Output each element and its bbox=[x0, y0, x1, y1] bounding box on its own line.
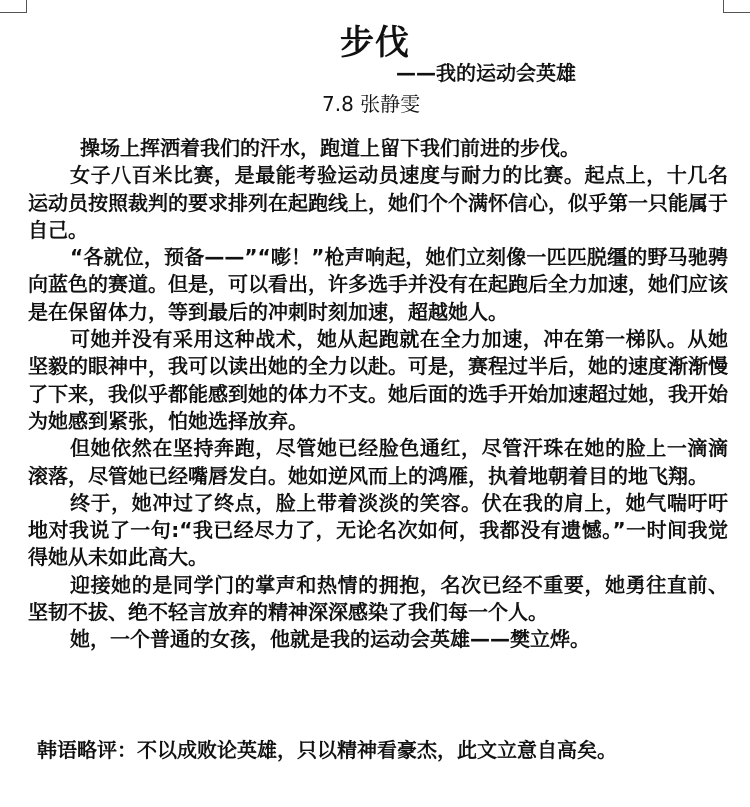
paragraph: 但她依然在坚持奔跑，尽管她已经脸色通红，尽管汗珠在她的脸上一滴滴滚落，尽管她已经… bbox=[28, 435, 728, 490]
page-corner-mark-top-right bbox=[723, 0, 750, 13]
paragraph: 可她并没有采用这种战术，她从起跑就在全力加速，冲在第一梯队。从她坚毅的眼神中，我… bbox=[28, 326, 728, 435]
paragraph: 操场上挥洒着我们的汗水，跑道上留下我们前进的步伐。 bbox=[28, 135, 728, 162]
document-subtitle: ——我的运动会英雄 bbox=[396, 57, 576, 86]
paragraph: 迎接她的是同学门的掌声和热情的拥抱，名次已经不重要，她勇往直前、坚韧不拔、绝不轻… bbox=[28, 572, 728, 627]
paragraph: “各就位，预备——”“嘭！”枪声响起，她们立刻像一匹匹脱缰的野马驰骋向蓝色的赛道… bbox=[28, 244, 728, 326]
paragraph: 终于，她冲过了终点，脸上带着淡淡的笑容。伏在我的肩上，她气喘吁吁地对我说了一句:… bbox=[28, 490, 728, 572]
paragraph: 女子八百米比赛，是最能考验运动员速度与耐力的比赛。起点上，十几名运动员按照裁判的… bbox=[28, 162, 728, 244]
essay-body: 操场上挥洒着我们的汗水，跑道上留下我们前进的步伐。 女子八百米比赛，是最能考验运… bbox=[28, 135, 728, 654]
page-corner-mark-top-left bbox=[0, 0, 27, 13]
document-title: 步伐 bbox=[0, 15, 750, 64]
document-byline: 7.8 张静雯 bbox=[322, 88, 420, 117]
teacher-comment: 韩语略评：不以成败论英雄，只以精神看豪杰，此文立意自高矣。 bbox=[37, 734, 617, 763]
paragraph: 她，一个普通的女孩，他就是我的运动会英雄——樊立烨。 bbox=[28, 626, 728, 653]
